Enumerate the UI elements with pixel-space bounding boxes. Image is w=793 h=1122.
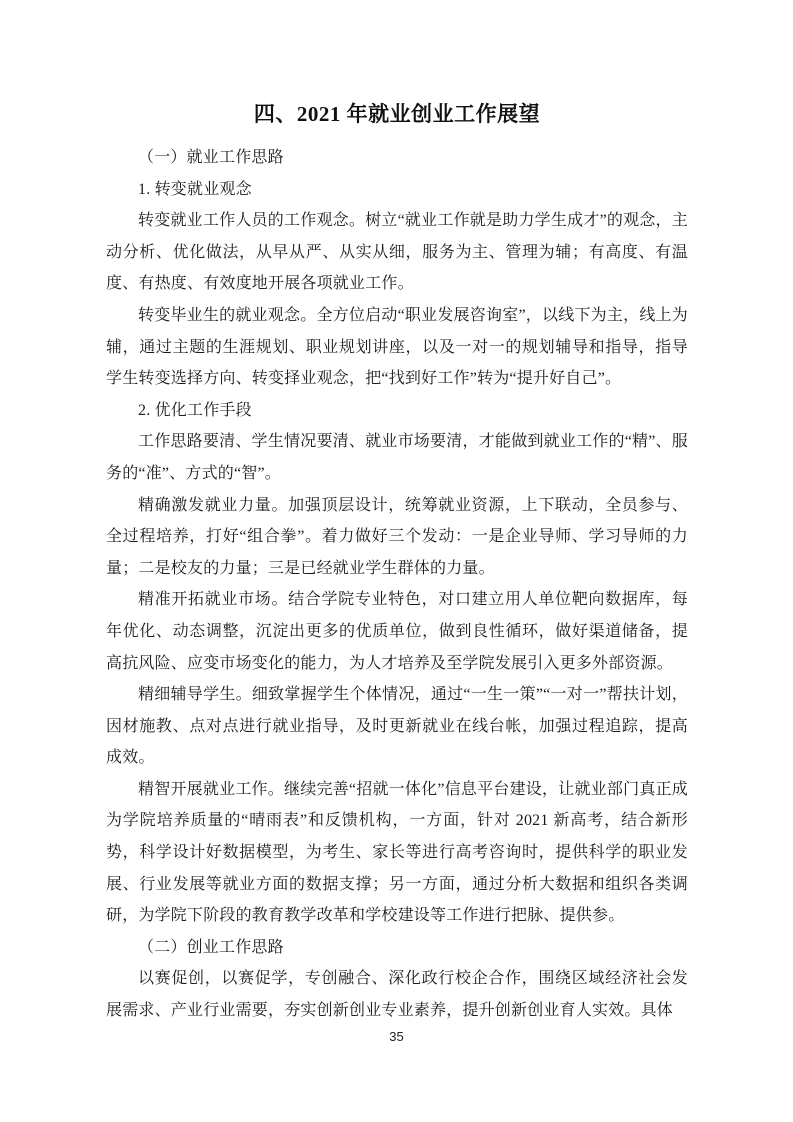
- paragraph: 精准开拓就业市场。结合学院专业特色，对口建立用人单位靶向数据库，每年优化、动态调…: [106, 584, 688, 679]
- paragraph: 以赛促创，以赛促学，专创融合、深化政行校企合作，围绕区域经济社会发展需求、产业行…: [106, 963, 688, 1026]
- page-footer: 35: [0, 1028, 793, 1046]
- paragraph: （二）创业工作思路: [106, 932, 688, 964]
- paragraph: 工作思路要清、学生情况要清、就业市场要清，才能做到就业工作的“精”、服务的“准”…: [106, 426, 688, 489]
- paragraph: 精智开展就业工作。继续完善“招就一体化”信息平台建设，让就业部门真正成为学院培养…: [106, 774, 688, 932]
- paragraph: 转变毕业生的就业观念。全方位启动“职业发展咨询室”，以线下为主，线上为辅，通过主…: [106, 300, 688, 395]
- document-content: 四、2021 年就业创业工作展望 （一）就业工作思路1. 转变就业观念转变就业工…: [106, 99, 688, 1027]
- document-body: （一）就业工作思路1. 转变就业观念转变就业工作人员的工作观念。树立“就业工作就…: [106, 142, 688, 1027]
- paragraph: 1. 转变就业观念: [106, 174, 688, 206]
- paragraph: （一）就业工作思路: [106, 142, 688, 174]
- paragraph: 精细辅导学生。细致掌握学生个体情况，通过“一生一策”“一对一”帮扶计划，因材施教…: [106, 679, 688, 774]
- page-number: 35: [389, 1029, 403, 1044]
- paragraph: 精确激发就业力量。加强顶层设计，统筹就业资源，上下联动，全员参与、全过程培养，打…: [106, 490, 688, 585]
- paragraph: 转变就业工作人员的工作观念。树立“就业工作就是助力学生成才”的观念，主动分析、优…: [106, 205, 688, 300]
- paragraph: 2. 优化工作手段: [106, 395, 688, 427]
- document-title: 四、2021 年就业创业工作展望: [106, 99, 688, 129]
- document-page: 四、2021 年就业创业工作展望 （一）就业工作思路1. 转变就业观念转变就业工…: [0, 0, 793, 1122]
